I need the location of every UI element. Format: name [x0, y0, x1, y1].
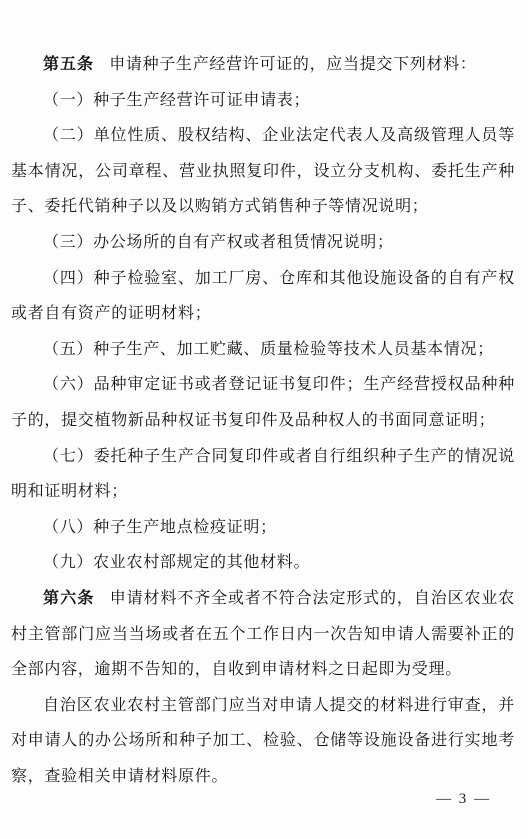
page-footer: — 3 — — [436, 791, 491, 808]
paragraph-text: （六）品种审定证书或者登记证书复印件；生产经营授权品种种子的，提交植物新品种权证… — [11, 376, 515, 429]
paragraph-text: （三）办公场所的自有产权或者租赁情况说明； — [43, 234, 394, 251]
paragraph-text: （一）种子生产经营许可证申请表； — [43, 92, 310, 109]
paragraph: （三）办公场所的自有产权或者租赁情况说明； — [11, 225, 515, 261]
paragraph-text: （二）单位性质、股权结构、企业法定代表人及高级管理人员等基本情况，公司章程、营业… — [11, 127, 515, 215]
document-body: 第五条申请种子生产经营许可证的，应当提交下列材料：（一）种子生产经营许可证申请表… — [11, 47, 515, 794]
paragraph: （五）种子生产、加工贮藏、质量检验等技术人员基本情况； — [11, 332, 515, 368]
paragraph: （八）种子生产地点检疫证明； — [11, 510, 515, 546]
paragraph-text: （九）农业农村部规定的其他材料。 — [43, 554, 310, 571]
paragraph: 第五条申请种子生产经营许可证的，应当提交下列材料： — [11, 47, 515, 83]
paragraph-text: 自治区农业农村主管部门应当对申请人提交的材料进行审查，并对申请人的办公场所和种子… — [11, 697, 515, 785]
paragraph-text: （七）委托种子生产合同复印件或者自行组织种子生产的情况说明和证明材料； — [11, 448, 515, 501]
document-page: 第五条申请种子生产经营许可证的，应当提交下列材料：（一）种子生产经营许可证申请表… — [0, 0, 528, 839]
paragraph: （四）种子检验室、加工厂房、仓库和其他设施设备的自有产权或者自有资产的证明材料； — [11, 261, 515, 332]
paragraph: （二）单位性质、股权结构、企业法定代表人及高级管理人员等基本情况，公司章程、营业… — [11, 118, 515, 225]
paragraph: 第六条申请材料不齐全或者不符合法定形式的，自治区农业农村主管部门应当当场或者在五… — [11, 581, 515, 688]
paragraph: （七）委托种子生产合同复印件或者自行组织种子生产的情况说明和证明材料； — [11, 439, 515, 510]
page-number: — 3 — — [436, 791, 491, 807]
article-number: 第五条 — [43, 56, 94, 73]
paragraph: （九）农业农村部规定的其他材料。 — [11, 545, 515, 581]
paragraph: 自治区农业农村主管部门应当对申请人提交的材料进行审查，并对申请人的办公场所和种子… — [11, 688, 515, 795]
article-number: 第六条 — [43, 590, 95, 607]
paragraph-text: （五）种子生产、加工贮藏、质量检验等技术人员基本情况； — [43, 341, 494, 358]
paragraph: （一）种子生产经营许可证申请表； — [11, 83, 515, 119]
paragraph-text: 申请种子生产经营许可证的，应当提交下列材料： — [109, 56, 476, 73]
paragraph-text: （四）种子检验室、加工厂房、仓库和其他设施设备的自有产权或者自有资产的证明材料； — [11, 270, 515, 323]
paragraph: （六）品种审定证书或者登记证书复印件；生产经营授权品种种子的，提交植物新品种权证… — [11, 367, 515, 438]
paragraph-text: （八）种子生产地点检疫证明； — [43, 519, 277, 536]
